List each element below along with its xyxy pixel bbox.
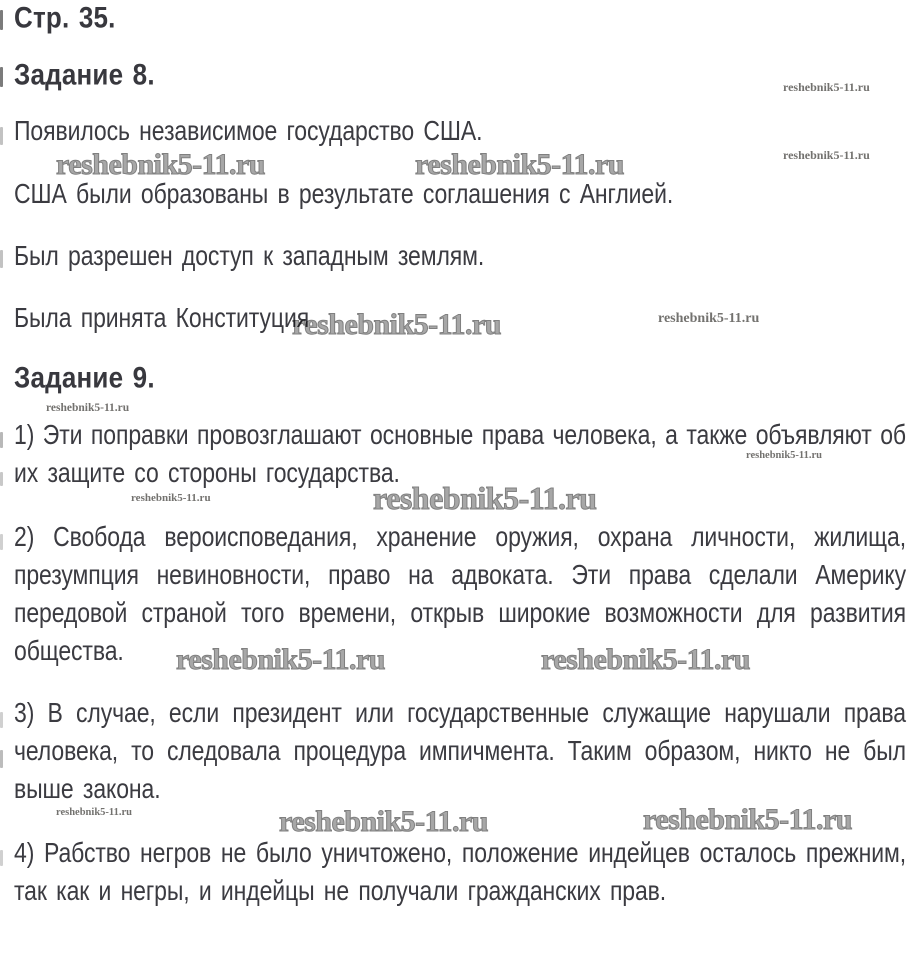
scan-artifact — [0, 850, 3, 866]
watermark-reshebnik: reshebnik5-11.ru — [131, 493, 211, 504]
scan-artifact — [0, 67, 3, 87]
task9-heading: Задание 9. — [14, 360, 155, 395]
watermark-reshebnik: reshebnik5-11.ru — [541, 645, 750, 675]
scanned-answer-page: Стр. 35. Задание 8. Появилось независимо… — [0, 0, 918, 953]
watermark-reshebnik: reshebnik5-11.ru — [746, 451, 822, 462]
answer-line: так как и негры, и индейцы не получали г… — [14, 867, 906, 913]
watermark-reshebnik: reshebnik5-11.ru — [279, 807, 488, 837]
watermark-reshebnik: reshebnik5-11.ru — [783, 149, 870, 161]
watermark-reshebnik: reshebnik5-11.ru — [783, 81, 870, 93]
scan-artifact — [0, 432, 3, 448]
scan-artifact — [0, 127, 3, 145]
watermark-reshebnik: reshebnik5-11.ru — [292, 310, 501, 340]
task9-answer-2: 2) Свобода вероисповедания, хранение ору… — [14, 517, 906, 669]
watermark-reshebnik: reshebnik5-11.ru — [415, 150, 624, 180]
watermark-reshebnik: reshebnik5-11.ru — [373, 482, 596, 514]
scan-artifact — [0, 250, 3, 268]
watermark-reshebnik: reshebnik5-11.ru — [176, 645, 385, 675]
watermark-reshebnik: reshebnik5-11.ru — [658, 312, 759, 326]
watermark-reshebnik: reshebnik5-11.ru — [56, 808, 132, 819]
scan-artifact — [0, 712, 3, 728]
task9-answer-3: 3) В случае, если президент или государс… — [14, 693, 906, 807]
answer-line: общества. — [14, 627, 906, 673]
task8-answer-3: Был разрешен доступ к западным землям. — [14, 234, 906, 275]
scan-artifact — [0, 10, 3, 30]
watermark-reshebnik: reshebnik5-11.ru — [643, 805, 852, 835]
scan-artifact — [0, 534, 3, 550]
scan-artifact — [0, 472, 3, 486]
page-number-heading: Стр. 35. — [14, 0, 116, 34]
task8-answer-1: Появилось независимое государство США. — [14, 109, 906, 150]
scan-artifact — [0, 750, 3, 768]
watermark-reshebnik: reshebnik5-11.ru — [46, 403, 129, 415]
task8-heading: Задание 8. — [14, 57, 155, 92]
task9-answer-4: 4) Рабство негров не было уничтожено, по… — [14, 833, 906, 909]
watermark-reshebnik: reshebnik5-11.ru — [56, 150, 265, 180]
